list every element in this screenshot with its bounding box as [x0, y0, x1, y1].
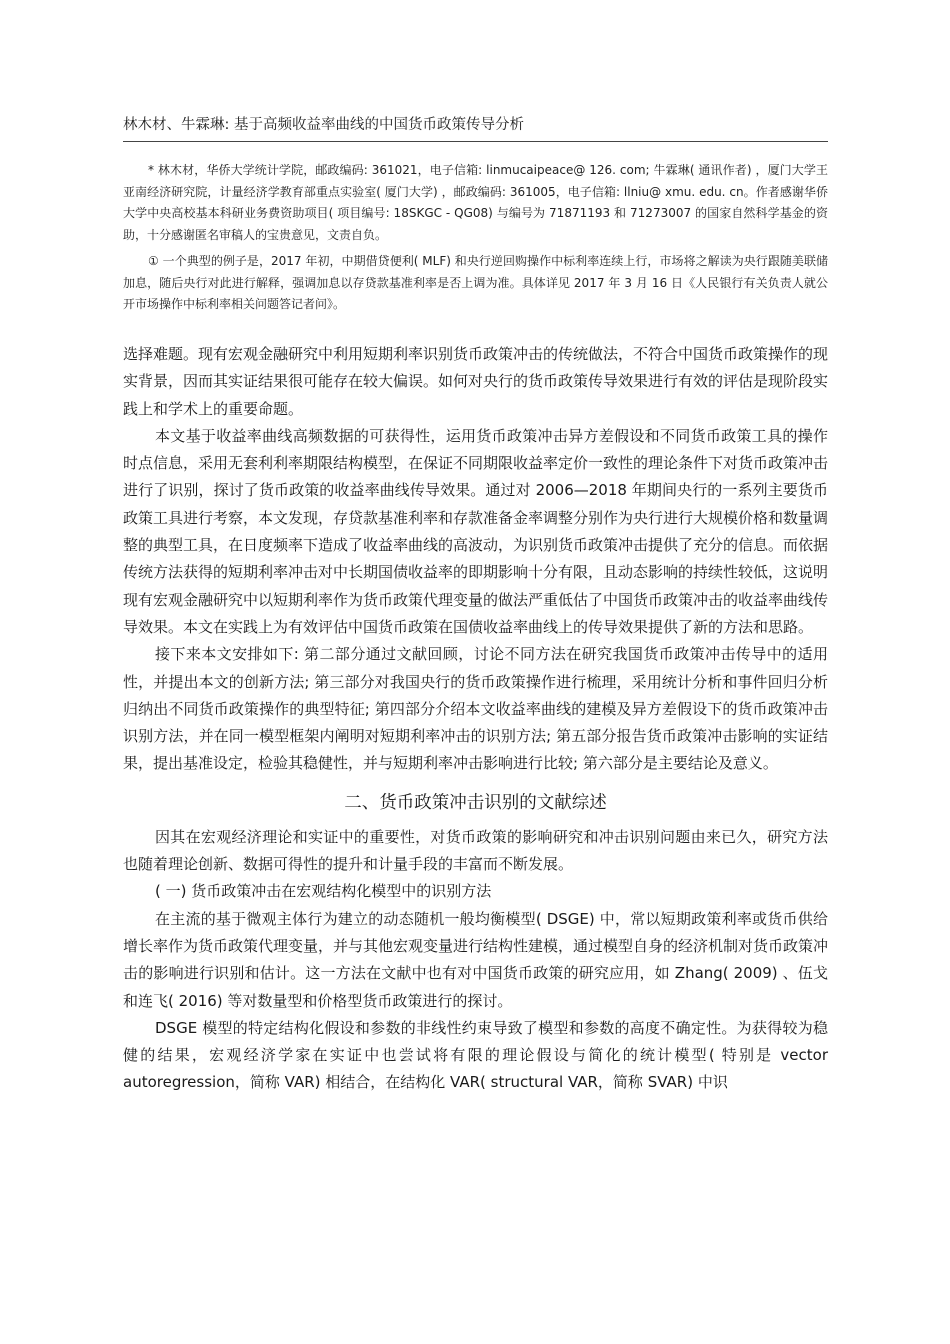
running-header: 林木材、牛霖琳: 基于高频收益率曲线的中国货币政策传导分析 [123, 113, 524, 134]
paragraph: 在主流的基于微观主体行为建立的动态随机一般均衡模型( DSGE) 中，常以短期政… [123, 906, 828, 1015]
footnote-author-info: * 林木材，华侨大学统计学院，邮政编码: 361021，电子信箱: linmuc… [123, 160, 828, 246]
footnote-1: ① 一个典型的例子是，2017 年初，中期借贷便利( MLF) 和央行逆回购操作… [123, 251, 828, 316]
paragraph: 因其在宏观经济理论和实证中的重要性，对货币政策的影响研究和冲击识别问题由来已久，… [123, 824, 828, 879]
paragraph: 接下来本文安排如下: 第二部分通过文献回顾，讨论不同方法在研究我国货币政策冲击传… [123, 641, 828, 777]
body-text: 选择难题。现有宏观金融研究中利用短期利率识别货币政策冲击的传统做法，不符合中国货… [123, 341, 828, 1097]
section-heading: 二、货币政策冲击识别的文献综述 [123, 788, 828, 818]
paragraph: DSGE 模型的特定结构化假设和参数的非线性约束导致了模型和参数的高度不确定性。… [123, 1015, 828, 1097]
footnotes: * 林木材，华侨大学统计学院，邮政编码: 361021，电子信箱: linmuc… [123, 160, 828, 316]
paragraph-continued: 选择难题。现有宏观金融研究中利用短期利率识别货币政策冲击的传统做法，不符合中国货… [123, 341, 828, 423]
header-divider [123, 141, 828, 142]
subsection-heading: ( 一) 货币政策冲击在宏观结构化模型中的识别方法 [123, 878, 828, 905]
paragraph: 本文基于收益率曲线高频数据的可获得性，运用货币政策冲击异方差假设和不同货币政策工… [123, 423, 828, 641]
